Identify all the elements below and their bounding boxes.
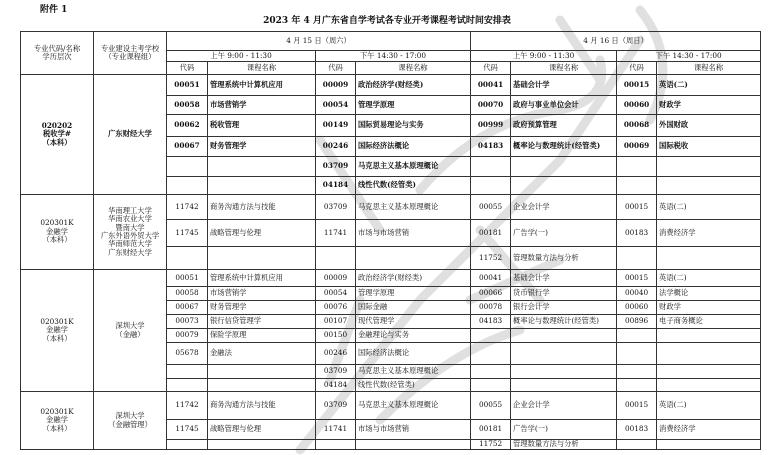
header-day1: 4 月 15 日（周六） [167,32,471,51]
course-name: 保险学原理 [208,329,316,343]
course-name: 战略管理与伦理 [208,420,316,440]
course-name: 国际贸易理论与实务 [356,115,471,137]
course-name [657,329,761,343]
course-name: 英语(二) [657,270,761,287]
course-name: 法学概论 [657,287,761,301]
course-code [167,440,208,450]
course-name: 国际经济法概论 [356,137,471,157]
course-name [208,177,316,195]
course-name: 财政学 [657,96,761,115]
course-code: 11742 [167,392,208,420]
course-code: 00058 [167,287,208,301]
school-name: （金融管理） [96,421,164,429]
major-cell: 020301K金融学（本科） [21,195,94,270]
course-code: 00183 [617,220,657,247]
course-code: 00058 [167,96,208,115]
course-code: 00051 [167,75,208,96]
course-code: 04184 [316,177,356,195]
exam-schedule-table: 专业代码/名称 学历层次 专业建设主考学校 （专业课程组） 4 月 15 日（周… [20,31,761,450]
school-name: 广东财经大学 [96,249,164,257]
level: （本科） [23,425,91,433]
table-row: 020301K金融学（本科）深圳大学（金融）00051管理系统中计算机应用000… [21,270,761,287]
course-code: 11742 [167,195,208,220]
course-code: 00051 [167,270,208,287]
course-code [617,365,657,379]
course-name: 国际经济法概论 [356,343,471,365]
course-code: 00062 [167,115,208,137]
header-day2-morning: 上午 9:00 - 11:30 [471,51,617,62]
course-code [617,247,657,270]
course-name: 英语(二) [657,75,761,96]
header-school: 专业建设主考学校 （专业课程组） [94,32,167,75]
course-code: 00015 [617,270,657,287]
course-code: 00246 [316,137,356,157]
course-code: 00015 [617,75,657,96]
course-code [617,329,657,343]
header-code: 代码 [316,62,356,75]
course-code: 04183 [471,137,511,157]
course-code: 00055 [471,392,511,420]
table-row: 020301K金融学（本科）华南理工大学华南农业大学暨南大学广东外语外贸大学华南… [21,195,761,220]
course-name: 国际税收 [657,137,761,157]
course-name [208,157,316,177]
course-code: 00107 [316,315,356,329]
course-name: 消费经济学 [657,220,761,247]
level: （本科） [23,139,91,147]
course-code [471,177,511,195]
school-cell: 华南理工大学华南农业大学暨南大学广东外语外贸大学华南师范大学广东财经大学 [94,195,167,270]
course-code [617,343,657,365]
course-code: 00149 [316,115,356,137]
course-name: 管理系统中计算机应用 [208,75,316,96]
course-name [657,343,761,365]
course-code [471,343,511,365]
course-code [167,157,208,177]
header-course: 课程名称 [356,62,471,75]
course-code [316,247,356,270]
course-name: 马克思主义基本原理概论 [356,365,471,379]
course-name: 市场与市场营销 [356,420,471,440]
course-code: 03709 [316,195,356,220]
level: （本科） [23,236,91,244]
course-name: 现代管理学 [356,315,471,329]
course-code [617,379,657,392]
course-code: 05678 [167,343,208,365]
course-code [167,247,208,270]
course-code: 04184 [316,379,356,392]
course-code [167,177,208,195]
header-course: 课程名称 [511,62,617,75]
header-code: 代码 [167,62,208,75]
table-row: 020301K金融学（本科）深圳大学（金融管理）11742商务沟通方法与技能03… [21,392,761,420]
course-name [208,365,316,379]
course-name: 货币银行学 [511,287,617,301]
course-name: 广告学(一) [511,420,617,440]
course-name: 线性代数(经管类) [356,379,471,392]
course-code: 03709 [316,365,356,379]
course-name: 国际金融 [356,301,471,315]
course-name [657,365,761,379]
course-name: 政府与事业单位会计 [511,96,617,115]
school-cell: 广东财经大学 [94,75,167,195]
course-name [511,343,617,365]
course-code [617,177,657,195]
course-name: 金融法 [208,343,316,365]
course-code: 00079 [167,329,208,343]
course-name: 市场营销学 [208,287,316,301]
course-code: 00054 [316,287,356,301]
course-name [356,247,471,270]
course-name [657,177,761,195]
course-code: 00181 [471,420,511,440]
header-day2: 4 月 16 日（周日） [471,32,761,51]
course-name: 财务管理学 [208,137,316,157]
header-day2-afternoon: 下午 14:30 - 17:00 [617,51,761,62]
course-name: 税收管理 [208,115,316,137]
course-name [657,440,761,450]
table-row: 020202税收学#（本科）广东财经大学00051管理系统中计算机应用00009… [21,75,761,96]
course-name: 概率论与数理统计(经管类) [511,137,617,157]
course-name: 政治经济学(财经类) [356,270,471,287]
course-name: 马克思主义基本原理概论 [356,157,471,177]
header-course: 课程名称 [657,62,761,75]
course-name: 政府预算管理 [511,115,617,137]
header-code: 代码 [617,62,657,75]
school-name: 广东财经大学 [96,130,164,138]
school-name: （金融） [96,331,164,339]
course-code: 00069 [617,137,657,157]
course-name [657,247,761,270]
course-name: 马克思主义基本原理概论 [356,195,471,220]
level: （本科） [23,335,91,343]
course-name: 战略管理与伦理 [208,220,316,247]
course-code: 00070 [471,96,511,115]
course-name [511,365,617,379]
school-cell: 深圳大学（金融） [94,270,167,392]
course-name: 电子商务概论 [657,315,761,329]
header-major-line2: 学历层次 [23,53,91,61]
course-name: 企业会计学 [511,195,617,220]
course-code: 00055 [471,195,511,220]
header-course: 课程名称 [208,62,316,75]
course-code: 00066 [471,287,511,301]
course-name: 管理系统中计算机应用 [208,270,316,287]
course-name: 管理学原理 [356,287,471,301]
course-name: 金融理论与实务 [356,329,471,343]
course-name: 财政学 [657,301,761,315]
course-name: 管理学原理 [356,96,471,115]
course-code: 00078 [471,301,511,315]
course-code: 00040 [617,287,657,301]
course-code [471,365,511,379]
major-cell: 020301K金融学（本科） [21,270,94,392]
course-name: 外国财政 [657,115,761,137]
course-name: 马克思主义基本原理概论 [356,392,471,420]
course-code: 00246 [316,343,356,365]
course-code [617,440,657,450]
course-code: 00060 [617,301,657,315]
header-code: 代码 [471,62,511,75]
course-name: 英语(二) [657,195,761,220]
course-code [167,365,208,379]
course-name [356,440,471,450]
course-name: 基础会计学 [511,270,617,287]
course-name: 基础会计学 [511,75,617,96]
course-name: 商务沟通方法与技能 [208,392,316,420]
course-code: 00073 [167,315,208,329]
course-code [471,157,511,177]
header-day1-afternoon: 下午 14:30 - 17:00 [316,51,471,62]
header-day1-morning: 上午 9:00 - 11:30 [167,51,316,62]
course-name: 管理数量方法与分析 [511,247,617,270]
course-code: 00181 [471,220,511,247]
course-code: 00009 [316,75,356,96]
course-name: 银行信贷管理学 [208,315,316,329]
course-name [208,379,316,392]
course-code: 00015 [617,392,657,420]
course-code: 00896 [617,315,657,329]
course-name: 消费经济学 [657,420,761,440]
course-code: 03709 [316,157,356,177]
course-code [316,440,356,450]
course-code: 00068 [617,115,657,137]
course-name [208,440,316,450]
course-code: 00067 [167,137,208,157]
course-name: 市场与市场营销 [356,220,471,247]
course-code: 11745 [167,220,208,247]
course-name: 企业会计学 [511,392,617,420]
course-code: 11745 [167,420,208,440]
course-code: 11752 [471,247,511,270]
course-name: 银行会计学 [511,301,617,315]
major-cell: 020202税收学#（本科） [21,75,94,195]
course-code: 00076 [316,301,356,315]
course-code: 00060 [617,96,657,115]
course-code: 03709 [316,392,356,420]
course-code: 00150 [316,329,356,343]
course-code: 00183 [617,420,657,440]
course-name [511,177,617,195]
course-code [471,379,511,392]
course-code: 11741 [316,220,356,247]
course-code [167,379,208,392]
course-name [208,247,316,270]
course-code [617,157,657,177]
course-name [511,157,617,177]
course-code: 11741 [316,420,356,440]
course-code: 11752 [471,440,511,450]
course-name: 政治经济学(财经类) [356,75,471,96]
course-name [657,379,761,392]
header-school-line2: （专业课程组） [96,53,164,61]
course-code: 00041 [471,270,511,287]
course-code: 00054 [316,96,356,115]
header-major: 专业代码/名称 学历层次 [21,32,94,75]
course-name: 概率论与数理统计(经管类) [511,315,617,329]
course-name: 线性代数(经管类) [356,177,471,195]
course-name [511,329,617,343]
course-name: 市场营销学 [208,96,316,115]
course-name: 广告学(一) [511,220,617,247]
course-name: 管理数量方法与分析 [511,440,617,450]
course-name [511,379,617,392]
course-name: 英语(二) [657,392,761,420]
course-code: 00999 [471,115,511,137]
document-title: 2023 年 4 月广东省自学考试各专业开考课程考试时间安排表 [0,13,774,26]
course-code: 00009 [316,270,356,287]
course-code: 00041 [471,75,511,96]
course-code: 00015 [617,195,657,220]
course-code: 04183 [471,315,511,329]
course-code [471,329,511,343]
course-name: 财务管理学 [208,301,316,315]
major-cell: 020301K金融学（本科） [21,392,94,450]
school-cell: 深圳大学（金融管理） [94,392,167,450]
course-code: 00067 [167,301,208,315]
course-name [657,157,761,177]
course-name: 商务沟通方法与技能 [208,195,316,220]
